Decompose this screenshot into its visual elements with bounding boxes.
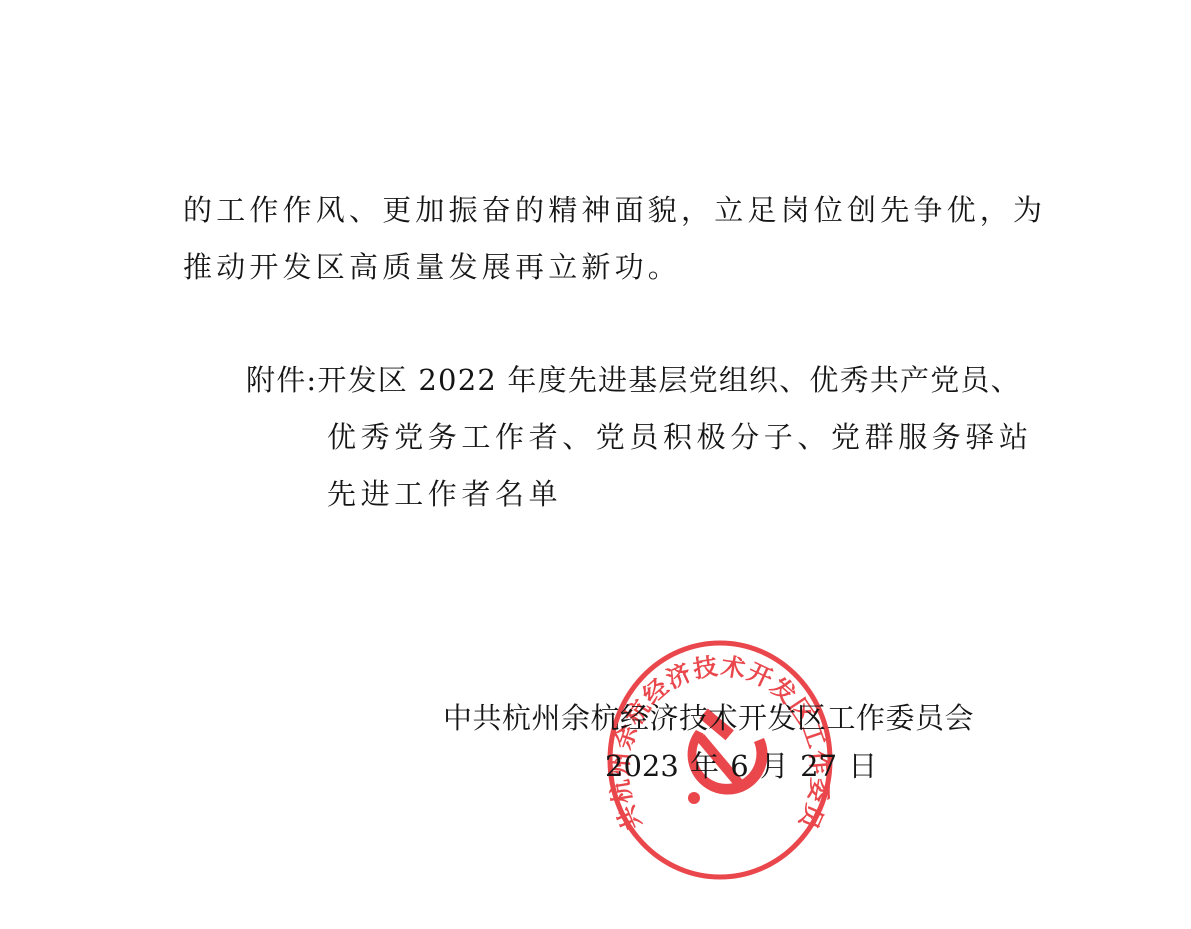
attachment-title-line: 优秀党务工作者、党员积极分子、党群服务驿站 [327, 419, 1033, 455]
signature-organization: 中共杭州余杭经济技术开发区工作委员会 [443, 700, 974, 736]
attachment-title-line: 先进工作者名单 [327, 476, 562, 512]
seal-text: 中共杭州余杭经济技术开发区工作委员会 [604, 638, 835, 835]
body-text-line: 推动开发区高质量发展再立新功。 [183, 249, 681, 285]
attachment-label: 附件: [246, 363, 317, 397]
attachment-line: 附件:开发区 2022 年度先进基层党组织、优秀共产党员、 [246, 362, 1021, 398]
signature-date: 2023 年 6 月 27 日 [605, 748, 877, 784]
document-page: 的工作作风、更加振奋的精神面貌，立足岗位创先争优，为 推动开发区高质量发展再立新… [0, 0, 1191, 929]
body-text-line: 的工作作风、更加振奋的精神面貌，立足岗位创先争优，为 [183, 192, 1046, 228]
attachment-title: 开发区 2022 年度先进基层党组织、优秀共产党员、 [317, 363, 1020, 397]
